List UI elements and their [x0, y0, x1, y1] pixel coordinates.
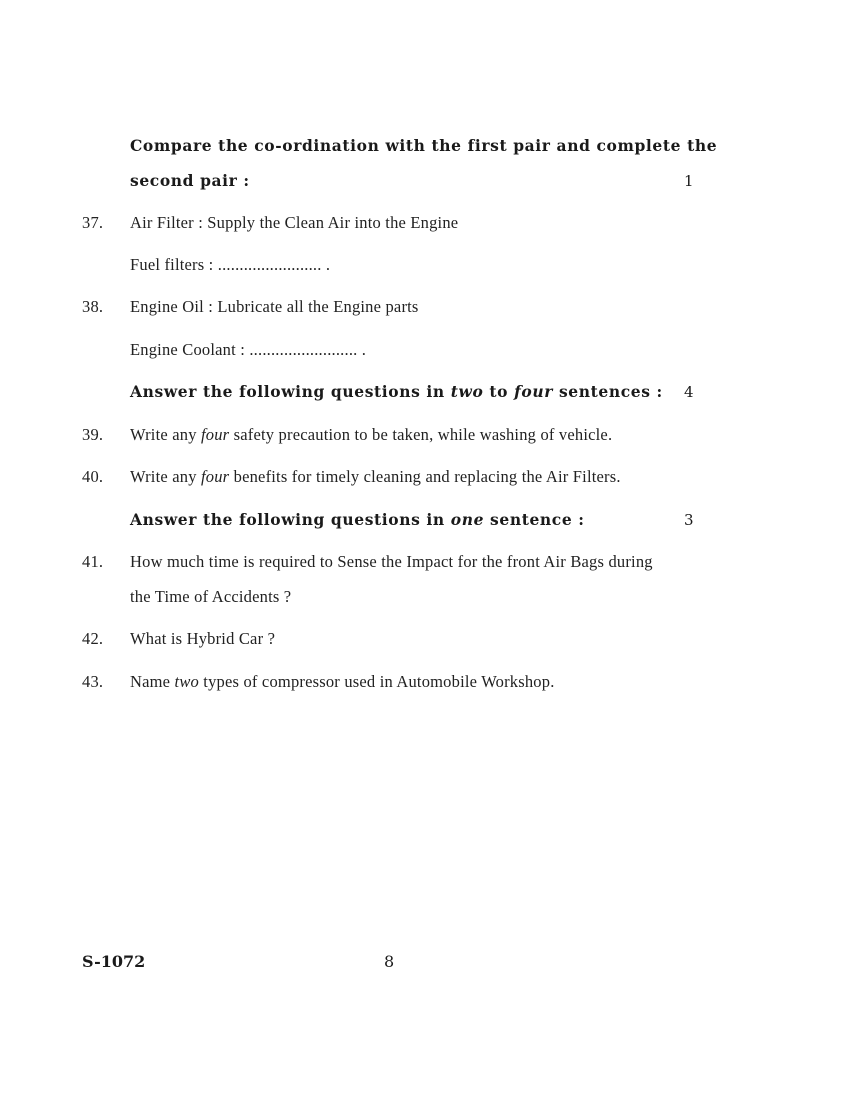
question-37-line2: Fuel filters : ........................ … — [130, 255, 330, 275]
section-b-em1: two — [451, 382, 484, 401]
question-number-43: 43. — [82, 672, 103, 692]
question-number-40: 40. — [82, 467, 103, 487]
question-number-37: 37. — [82, 213, 103, 233]
question-42-text: What is Hybrid Car ? — [130, 629, 275, 649]
question-38-line2: Engine Coolant : .......................… — [130, 340, 366, 360]
section-b-mid: to — [483, 382, 514, 401]
question-41-line1: How much time is required to Sense the I… — [130, 552, 653, 572]
section-b-em2: four — [514, 382, 553, 401]
section-c-em: one — [451, 510, 484, 529]
section-c-pre: Answer the following questions in — [130, 510, 451, 529]
section-c-marks: 3 — [684, 511, 694, 529]
question-number-38: 38. — [82, 297, 103, 317]
q39-post: safety precaution to be taken, while was… — [229, 425, 612, 444]
section-a-instruction-line1: Compare the co-ordination with the first… — [130, 136, 717, 155]
section-c-post: sentence : — [484, 510, 585, 529]
paper-code: S-1072 — [82, 952, 145, 971]
page-number: 8 — [384, 952, 394, 971]
q40-em: four — [201, 467, 229, 486]
question-37-line1: Air Filter : Supply the Clean Air into t… — [130, 213, 458, 233]
q40-post: benefits for timely cleaning and replaci… — [229, 467, 620, 486]
q43-pre: Name — [130, 672, 175, 691]
section-b-marks: 4 — [684, 383, 694, 401]
question-43-text: Name two types of compressor used in Aut… — [130, 672, 555, 692]
question-38-line1: Engine Oil : Lubricate all the Engine pa… — [130, 297, 419, 317]
section-b-post: sentences : — [553, 382, 663, 401]
question-number-42: 42. — [82, 629, 103, 649]
section-b-instruction: Answer the following questions in two to… — [130, 382, 663, 401]
question-number-41: 41. — [82, 552, 103, 572]
q39-em: four — [201, 425, 229, 444]
q43-em: two — [175, 672, 199, 691]
question-39-text: Write any four safety precaution to be t… — [130, 425, 612, 445]
question-41-line2: the Time of Accidents ? — [130, 587, 291, 607]
q40-pre: Write any — [130, 467, 201, 486]
section-a-marks: 1 — [684, 172, 694, 190]
section-c-instruction: Answer the following questions in one se… — [130, 510, 585, 529]
section-b-pre: Answer the following questions in — [130, 382, 451, 401]
question-40-text: Write any four benefits for timely clean… — [130, 467, 621, 487]
q39-pre: Write any — [130, 425, 201, 444]
question-number-39: 39. — [82, 425, 103, 445]
section-a-instruction-line2: second pair : — [130, 171, 250, 190]
q43-post: types of compressor used in Automobile W… — [199, 672, 555, 691]
